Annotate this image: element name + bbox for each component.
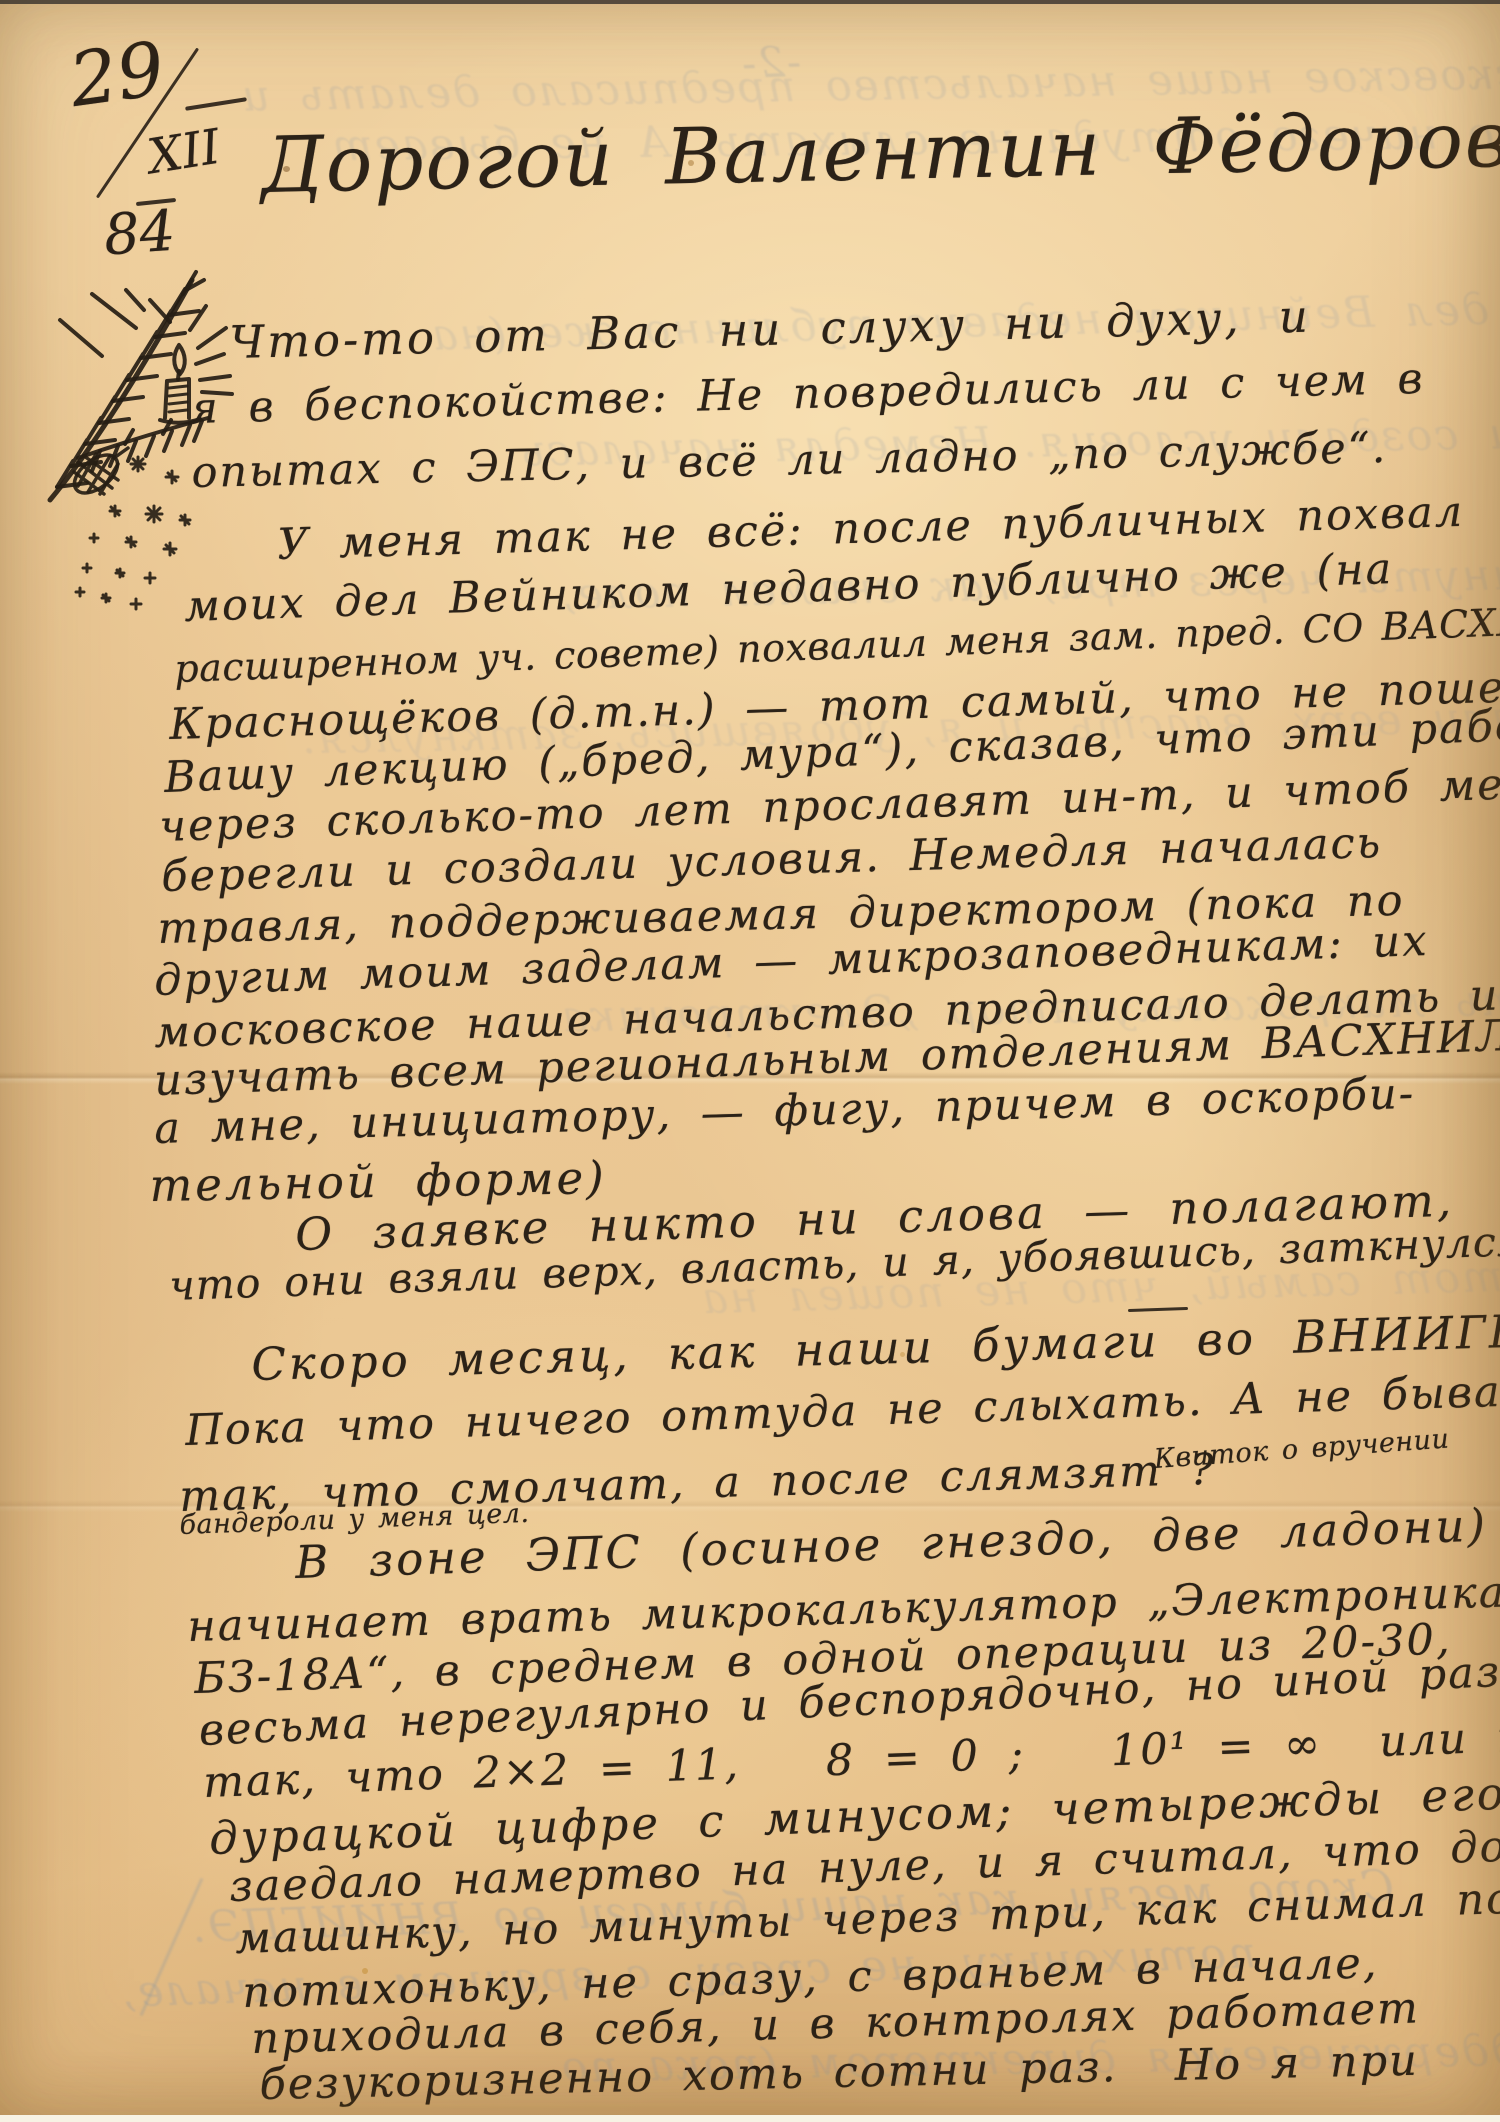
date-year: 84 (102, 204, 177, 265)
date-month: XII (145, 123, 224, 182)
scan-edge-top (0, 0, 1500, 4)
letter-side-note: Квиток о вручении (1153, 1425, 1450, 1473)
date-day: 29 (65, 32, 169, 118)
scan-edge-bottom (0, 2115, 1500, 2122)
date-dash (185, 97, 247, 111)
letter-line: опытах с ЭПС, и всё ли ладно „по службе“… (191, 427, 1388, 495)
letter-line: Что-то от Вас ни слуху ни духу, и (229, 294, 1311, 365)
letter-page: -2- московское наше начальство предписал… (0, 0, 1500, 2122)
snow-stars (76, 457, 190, 609)
